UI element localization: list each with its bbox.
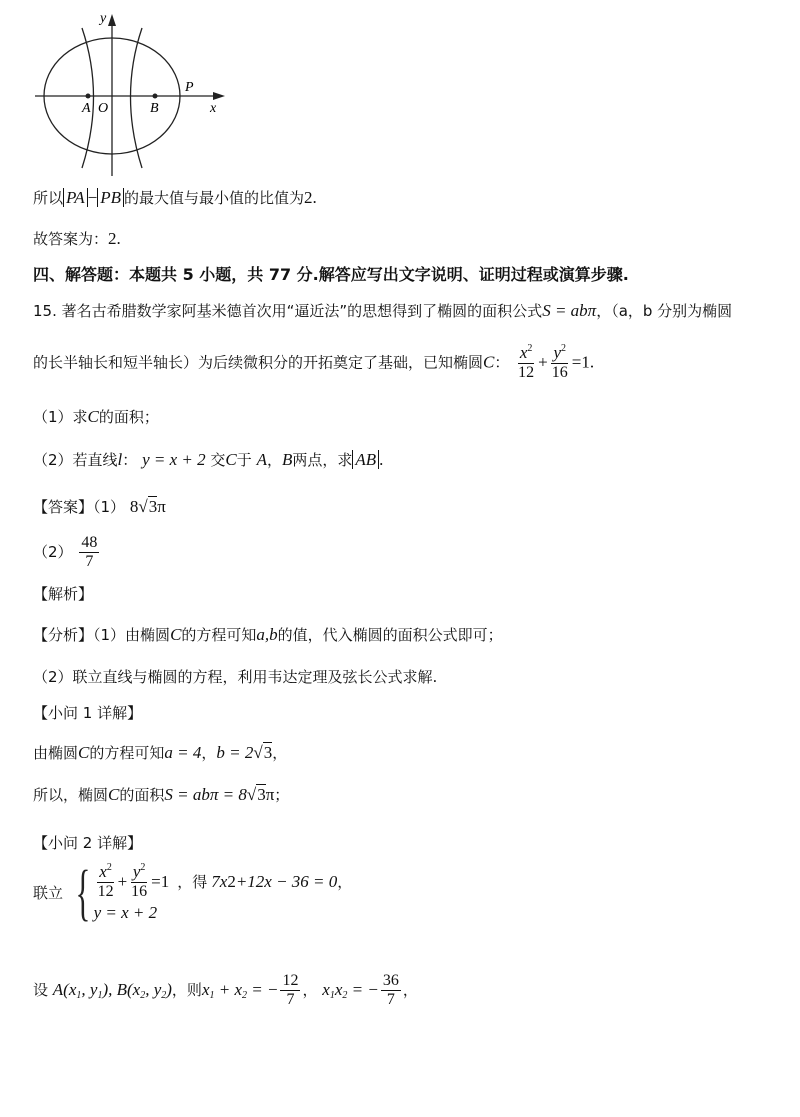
sqrt-sign: √ (138, 497, 147, 516)
radicand: 3 (256, 784, 266, 804)
denominator: 16 (129, 883, 149, 901)
left-brace-icon: { (75, 862, 90, 924)
plus-sign: + (538, 353, 548, 372)
denominator: 12 (516, 364, 536, 382)
answer-block-line-1: 【答案】（1） 8√3π (33, 497, 166, 517)
var-c: C (225, 450, 236, 469)
period: . (117, 229, 121, 248)
detail-1-line-1: 由椭圆C的方程可知a = 4，b = 2√3， (33, 743, 287, 763)
var-c: C (108, 785, 119, 804)
text: （2）若直线 (33, 451, 118, 469)
denominator: 16 (550, 364, 570, 382)
fraction-x2-12: x212 (96, 863, 116, 901)
points-ab: A(x1, y1), B(x2, y2) (53, 980, 172, 999)
text: ，得 (177, 872, 207, 892)
numerator: 12 (280, 972, 300, 991)
text: ， (302, 981, 317, 999)
var-a: A (257, 450, 267, 469)
x-axis-arrow-icon (213, 92, 225, 100)
label-x: x (209, 101, 217, 116)
minus-sign: − (88, 188, 98, 207)
pi: π (266, 785, 275, 804)
fraction-12-7: 127 (280, 972, 300, 1009)
area-formula: S = abπ (542, 301, 596, 320)
text: x (322, 980, 330, 999)
detail-2-tag: 【小问 2 详解】 (33, 833, 142, 853)
product-expression: x1x2 = − (322, 980, 379, 999)
text: 设 (33, 981, 48, 999)
vieta-line: 设 A(x1, y1), B(x2, y2)，则x1 + x2 = −127， … (33, 972, 418, 1009)
text: 的长半轴长和短半轴长）为后续微积分的开拓奠定了基础，已知椭圆 (33, 354, 483, 372)
text: 于 (237, 451, 252, 469)
text: 的方程可知 (181, 626, 256, 644)
label-p: P (184, 80, 194, 95)
numerator: 36 (381, 972, 401, 991)
text: ， (201, 744, 216, 762)
text: 故答案为： (33, 230, 108, 248)
question-1: （1）求C的面积； (33, 407, 159, 427)
abs-ab: AB (352, 450, 379, 469)
equals-one: =1. (572, 353, 594, 372)
var-b: B (282, 450, 292, 469)
a-value: a = 4 (164, 743, 201, 762)
exponent: 2 (527, 343, 532, 354)
problem-number: 15. (33, 302, 57, 320)
system-row-2: y = x + 2 (94, 902, 353, 924)
ellipse-hyperbola-figure: y x A O B P (30, 8, 240, 178)
text: 两点，求 (292, 451, 352, 469)
text: 的方程可知 (89, 744, 164, 762)
text: ， (403, 981, 418, 999)
text: ； (274, 786, 289, 804)
area-formula: S = abπ = 8 (164, 785, 246, 804)
text: （1） (93, 498, 125, 516)
fraction-y2-16: y216 (129, 863, 149, 901)
var-c: C (170, 625, 181, 644)
line-equation: y = x + 2 (94, 903, 158, 923)
answer-line: 故答案为：2. (33, 229, 121, 249)
point-b-dot (153, 94, 158, 99)
text: = − (247, 980, 278, 999)
text: 的值，代入椭圆的面积公式即可； (278, 626, 503, 644)
text: , y (81, 980, 97, 999)
label-y: y (98, 11, 107, 26)
fenxi-tag: 【分析】 (33, 626, 93, 644)
sqrt-sign: √ (247, 785, 256, 804)
label-o: O (98, 101, 108, 116)
fraction-48-7: 487 (79, 534, 99, 571)
text: ， (267, 451, 282, 469)
answer-block-line-2: （2） 487 (33, 534, 101, 571)
text: ， (337, 872, 352, 892)
question-2: （2）若直线l： y = x + 2 交C于 A，B两点，求AB. (33, 450, 383, 470)
point-a-dot (86, 94, 91, 99)
detail-1-tag: 【小问 1 详解】 (33, 703, 142, 723)
exponent: 2 (561, 343, 566, 354)
numerator: 48 (79, 534, 99, 553)
text: （2） (33, 543, 73, 561)
text: 的最大值与最小值的比值为 (124, 189, 304, 207)
text: = − (347, 980, 378, 999)
text: ， (272, 744, 287, 762)
denominator: 7 (284, 991, 296, 1009)
quadratic-rest: +12x − 36 = 0 (236, 872, 337, 892)
y-axis-arrow-icon (108, 14, 116, 26)
pi: π (157, 497, 166, 516)
exponent: 2 (140, 862, 145, 873)
abs-pb: PB (97, 188, 124, 207)
text: ： (494, 354, 509, 372)
period: . (379, 450, 383, 469)
var-c: C (88, 407, 99, 426)
radicand: 3 (148, 496, 158, 516)
equals-one: =1 (151, 872, 169, 892)
text: ), B(x (102, 980, 140, 999)
plus-sign: + (118, 872, 128, 892)
label-a: A (81, 101, 91, 116)
radicand: 3 (263, 742, 273, 762)
equation-system: { x212+y216=1 ，得 7x2+12x − 36 = 0， y = x… (68, 862, 353, 924)
quadratic-term: 7x (211, 872, 227, 892)
text: 联立 (33, 884, 63, 902)
text: 著名古希腊数学家阿基米德首次用“逼近法”的思想得到了椭圆的面积公式 (62, 302, 543, 320)
analysis-tag: 【解析】 (33, 584, 93, 604)
answer-value: 2 (108, 229, 117, 248)
period: . (312, 188, 316, 207)
problem-15-line-1: 15. 著名古希腊数学家阿基米德首次用“逼近法”的思想得到了椭圆的面积公式S =… (33, 301, 732, 321)
text: ，（a，b 分别为椭圆 (596, 302, 732, 320)
answer-tag: 【答案】 (33, 498, 93, 516)
text: A(x (53, 980, 77, 999)
var-c: C (78, 743, 89, 762)
var-x: x (99, 862, 107, 881)
text: , y (145, 980, 161, 999)
label-b: B (150, 101, 159, 116)
detail-1-line-2: 所以，椭圆C的面积S = abπ = 8√3π； (33, 785, 289, 805)
denominator: 7 (83, 553, 95, 571)
ratio-conclusion-line: 所以PA−PB的最大值与最小值的比值为2. (33, 188, 317, 208)
fraction-36-7: 367 (381, 972, 401, 1009)
var-y: y (553, 343, 561, 362)
ellipse-name: C (483, 353, 494, 372)
abs-pa: PA (63, 188, 88, 207)
fenxi-line-1: 【分析】（1）由椭圆C的方程可知a,b的值，代入椭圆的面积公式即可； (33, 625, 503, 645)
text: 的面积； (99, 408, 159, 426)
sqrt-sign: √ (253, 743, 262, 762)
denominator: 7 (385, 991, 397, 1009)
var-ab: a,b (256, 625, 277, 644)
text: 所以 (33, 189, 63, 207)
section-heading: 四、解答题：本题共 5 小题，共 77 分.解答应写出文字说明、证明过程或演算步… (33, 265, 629, 285)
problem-15-line-2: 的长半轴长和短半轴长）为后续微积分的开拓奠定了基础，已知椭圆C： x212+y2… (33, 344, 594, 382)
equation-system-line: 联立 { x212+y216=1 ，得 7x2+12x − 36 = 0， y … (33, 862, 352, 924)
system-row-1: x212+y216=1 ，得 7x2+12x − 36 = 0， (94, 862, 353, 902)
hyperbola-right-branch (131, 28, 143, 168)
text: 由椭圆 (33, 744, 78, 762)
fenxi-line-2: （2）联立直线与椭圆的方程，利用韦达定理及弦长公式求解. (33, 667, 437, 687)
fraction-y2-16: y216 (550, 344, 570, 382)
sum-expression: x1 + x2 = − (202, 980, 279, 999)
text: （1）由椭圆 (93, 626, 170, 644)
text: ： (122, 451, 137, 469)
denominator: 12 (96, 883, 116, 901)
text: （1）求 (33, 408, 88, 426)
text: 交 (210, 451, 225, 469)
text: ，则 (172, 981, 202, 999)
b-value: b = 2 (216, 743, 253, 762)
text: + x (214, 980, 242, 999)
line-equation: y = x + 2 (142, 450, 206, 469)
exponent: 2 (107, 862, 112, 873)
text: 所以，椭圆 (33, 786, 108, 804)
text: 的面积 (119, 786, 164, 804)
fraction-x2-12: x212 (516, 344, 536, 382)
